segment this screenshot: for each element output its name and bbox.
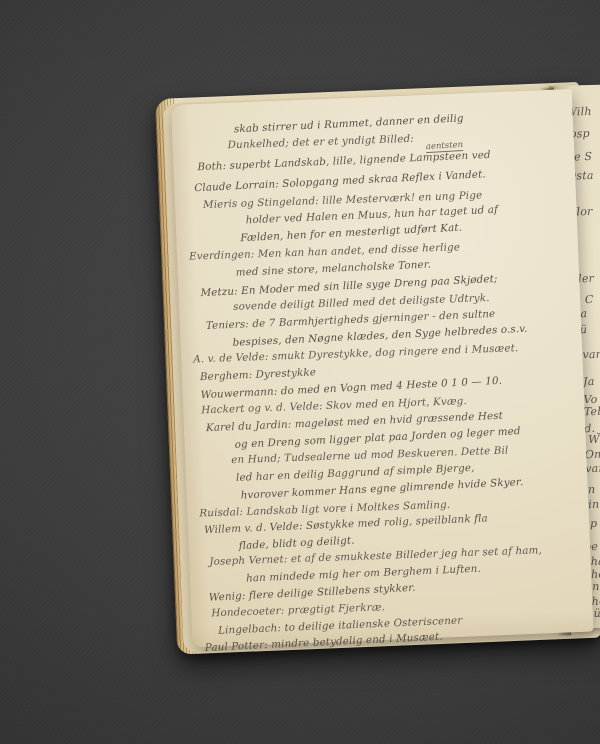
- handwriting-line: Berghem: Dyrestykke: [200, 366, 317, 383]
- handwriting-line: han mindede mig her om Berghem i Luften.: [246, 563, 481, 585]
- handwriting-line: flade, blidt og deiligt.: [238, 535, 354, 553]
- left-page: aentsten skab stirrer ud i Rummet, danne…: [171, 89, 593, 648]
- notebook: Wilhlospde SOstaKlorkeKlerd. CNaGü1 van2…: [0, 0, 600, 744]
- handwriting-line: Hondecoeter: prægtigt Fjerkræ.: [211, 601, 385, 619]
- handwriting-line: Dunkelhed; det er et yndigt Billed:: [227, 133, 414, 151]
- handwriting-line: skab stirrer ud i Rummet, danner en deil…: [234, 112, 464, 135]
- handwriting-line: med sine store, melancholske Toner.: [236, 259, 432, 279]
